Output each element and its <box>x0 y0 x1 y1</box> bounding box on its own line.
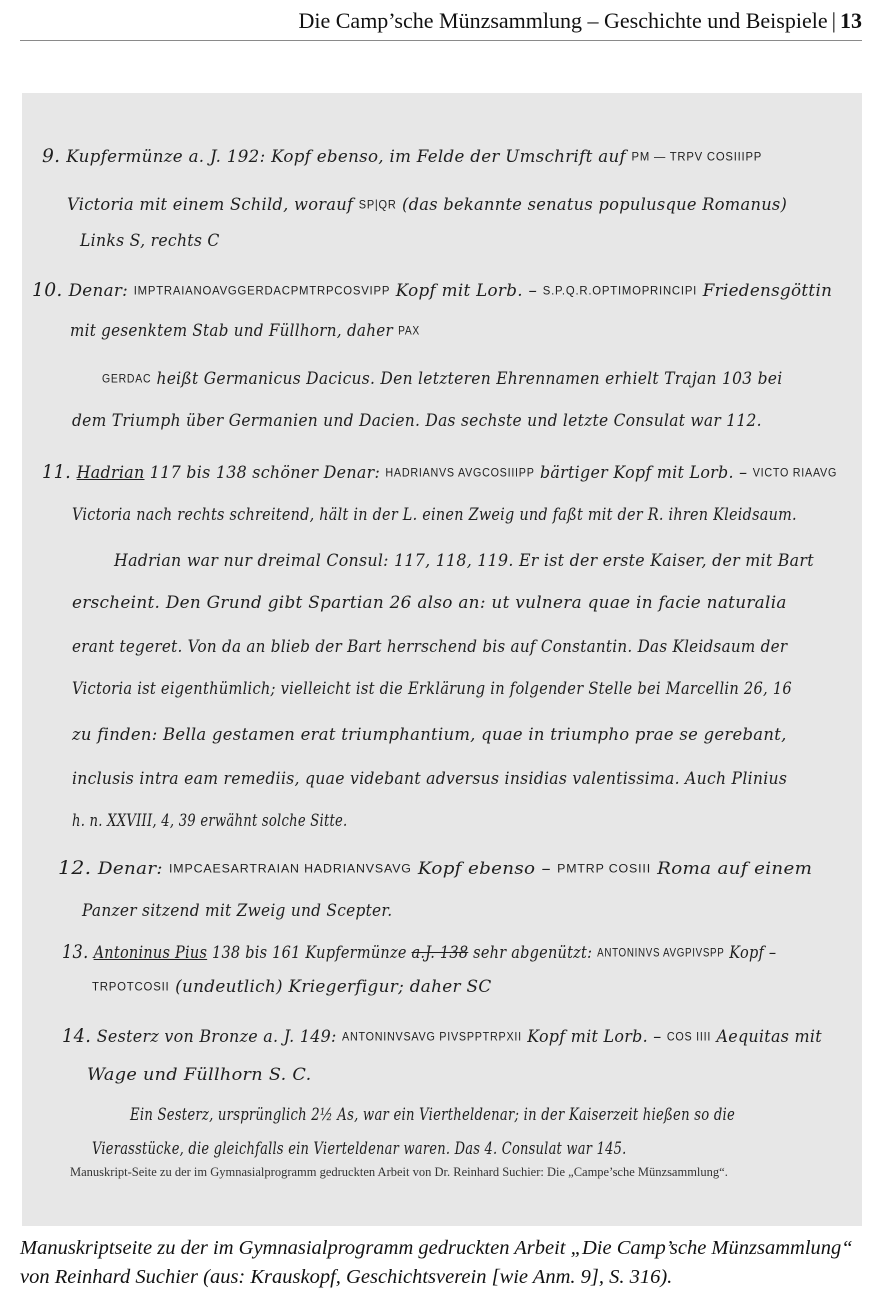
entry-number: 14. <box>62 1025 91 1047</box>
handwritten-text: Links S, rechts C <box>80 231 220 251</box>
handwritten-text: Hadrian <box>77 463 145 483</box>
header-title: Die Camp’sche Münzsammlung – Geschichte … <box>298 8 827 33</box>
manuscript-line: dem Triumph über Germanien und Dacien. D… <box>72 411 762 431</box>
manuscript-line: Hadrian war nur dreimal Consul: 117, 118… <box>114 551 814 571</box>
handwritten-text: h. n. XXVIII, 4, 39 erwähnt solche Sitte… <box>72 811 347 831</box>
manuscript-line: GERDAC heißt Germanicus Dacicus. Den let… <box>102 369 782 389</box>
manuscript-line: 11.Hadrian 117 bis 138 schöner Denar: HA… <box>42 461 837 483</box>
manuscript-line: Wage und Füllhorn S. C. <box>87 1065 312 1085</box>
coin-legend: ANTONINVS AVGPIVSPP <box>597 948 724 960</box>
coin-legend: IMPTRAIANOAVGGERDACPMTRPCOSVIPP <box>134 286 390 298</box>
handwritten-text: Roma auf einem <box>651 859 812 879</box>
running-header: Die Camp’sche Münzsammlung – Geschichte … <box>20 4 862 41</box>
handwritten-text: zu finden: Bella gestamen erat triumphan… <box>72 725 787 745</box>
coin-legend: VICTO RIAAVG <box>753 468 837 480</box>
handwritten-text: Victoria nach rechts schreitend, hält in… <box>72 505 797 525</box>
coin-legend: IMPCAESARTRAIAN HADRIANVSAVG <box>169 864 412 876</box>
handwritten-text: erscheint. Den Grund gibt Spartian 26 al… <box>72 593 491 613</box>
handwritten-text: Antoninus Pius <box>94 943 208 963</box>
coin-legend: PAX <box>398 326 420 338</box>
entry-number: 9. <box>42 145 60 167</box>
handwritten-text: Victoria ist eigenthümlich; vielleicht i… <box>72 679 792 699</box>
handwritten-text: mit gesenktem Stab und Füllhorn, daher <box>70 321 398 341</box>
handwritten-text: a.J. 138 <box>412 943 469 963</box>
entry-number: 11. <box>42 461 71 483</box>
manuscript-figure: 9.Kupfermünze a. J. 192: Kopf ebenso, im… <box>22 93 862 1226</box>
handwritten-text: Kopf – <box>724 943 776 963</box>
entry-number: 12. <box>58 857 91 879</box>
handwritten-text: erant tegeret. Von da an blieb der Bart … <box>72 637 787 657</box>
manuscript-line: Victoria ist eigenthümlich; vielleicht i… <box>72 679 792 699</box>
handwritten-text: Denar: <box>98 859 169 879</box>
handwritten-text: Aequitas mit <box>711 1027 822 1047</box>
manuscript-line: Panzer sitzend mit Zweig und Scepter. <box>82 901 392 921</box>
handwritten-text: bärtiger Kopf mit Lorb. – <box>535 463 753 483</box>
handwritten-text: (das bekannte senatus populusque Romanus… <box>397 195 788 215</box>
coin-legend: COS IIII <box>667 1032 711 1044</box>
handwritten-text: sehr abgenützt: <box>468 943 597 963</box>
manuscript-line: mit gesenktem Stab und Füllhorn, daher P… <box>70 321 420 341</box>
manuscript-line: Victoria mit einem Schild, worauf SP|QR … <box>67 195 787 215</box>
handwritten-text: 117 bis 138 schöner Denar: <box>144 463 385 483</box>
handwritten-text: Victoria mit einem Schild, worauf <box>67 195 359 215</box>
handwritten-text: ut vulnera quae in facie naturalia <box>491 593 786 613</box>
coin-legend: PM — TRPV COSIIIPP <box>632 152 763 164</box>
manuscript-line: 12.Denar: IMPCAESARTRAIAN HADRIANVSAVG K… <box>58 857 812 879</box>
manuscript-printed-caption: Manuskript-Seite zu der im Gymnasialprog… <box>70 1165 840 1180</box>
handwritten-text: inclusis intra eam remediis, quae videba… <box>72 769 787 789</box>
handwritten-text: Kupfermünze a. J. 192: Kopf ebenso, im F… <box>66 147 631 167</box>
manuscript-line: 14.Sesterz von Bronze a. J. 149: ANTONIN… <box>62 1025 822 1047</box>
manuscript-line: 10.Denar: IMPTRAIANOAVGGERDACPMTRPCOSVIP… <box>32 279 832 301</box>
page-number: 13 <box>840 8 862 33</box>
manuscript-line: erant tegeret. Von da an blieb der Bart … <box>72 637 787 657</box>
handwritten-text: Sesterz von Bronze a. J. 149: <box>97 1027 342 1047</box>
coin-legend: PMTRP COSIII <box>557 864 651 876</box>
manuscript-line: 9.Kupfermünze a. J. 192: Kopf ebenso, im… <box>42 145 762 167</box>
handwritten-text: Kopf mit Lorb. – <box>522 1027 667 1047</box>
handwritten-text: dem Triumph über Germanien und Dacien. D… <box>72 411 762 431</box>
coin-legend: TRPOTCOSII <box>92 982 169 994</box>
manuscript-line: TRPOTCOSII (undeutlich) Kriegerfigur; da… <box>92 977 492 997</box>
handwritten-text: 138 bis 161 Kupfermünze <box>207 943 411 963</box>
manuscript-line: Ein Sesterz, ursprünglich 2½ As, war ein… <box>130 1105 735 1125</box>
header-separator: | <box>828 8 840 33</box>
handwritten-text: Wage und Füllhorn S. C. <box>87 1065 312 1085</box>
handwritten-text: Kopf ebenso – <box>412 859 557 879</box>
coin-legend: SP|QR <box>359 200 397 212</box>
handwritten-text: (undeutlich) Kriegerfigur; daher SC <box>169 977 491 997</box>
manuscript-line: 13.Antoninus Pius 138 bis 161 Kupfermünz… <box>62 941 776 963</box>
handwritten-text: Friedensgöttin <box>697 281 832 301</box>
handwritten-text: Ein Sesterz, ursprünglich 2½ As, war ein… <box>130 1105 735 1125</box>
coin-legend: S.P.Q.R.OPTIMOPRINCIPI <box>543 286 697 298</box>
handwritten-text: Panzer sitzend mit Zweig und Scepter. <box>82 901 392 921</box>
coin-legend: GERDAC <box>102 374 151 386</box>
manuscript-line: inclusis intra eam remediis, quae videba… <box>72 769 787 789</box>
manuscript-line: erscheint. Den Grund gibt Spartian 26 al… <box>72 593 787 613</box>
coin-legend: HADRIANVS AVGCOSIIIPP <box>385 468 534 480</box>
entry-number: 13. <box>62 941 88 963</box>
manuscript-line: h. n. XXVIII, 4, 39 erwähnt solche Sitte… <box>72 811 347 831</box>
figure-caption: Manuskriptseite zu der im Gymnasialprogr… <box>20 1234 865 1292</box>
manuscript-line: zu finden: Bella gestamen erat triumphan… <box>72 725 787 745</box>
handwritten-text: Denar: <box>69 281 134 301</box>
manuscript-line: Vierasstücke, die gleichfalls ein Vierte… <box>92 1139 627 1159</box>
handwritten-text: heißt Germanicus Dacicus. Den letzteren … <box>151 369 782 389</box>
manuscript-line: Victoria nach rechts schreitend, hält in… <box>72 505 797 525</box>
handwritten-text: Kopf mit Lorb. – <box>390 281 543 301</box>
handwritten-text: Vierasstücke, die gleichfalls ein Vierte… <box>92 1139 627 1159</box>
manuscript-line: Links S, rechts C <box>80 231 220 251</box>
coin-legend: ANTONINVSAVG PIVSPPTRPXII <box>342 1032 522 1044</box>
handwritten-text: Hadrian war nur dreimal Consul: 117, 118… <box>114 551 814 571</box>
entry-number: 10. <box>32 279 63 301</box>
